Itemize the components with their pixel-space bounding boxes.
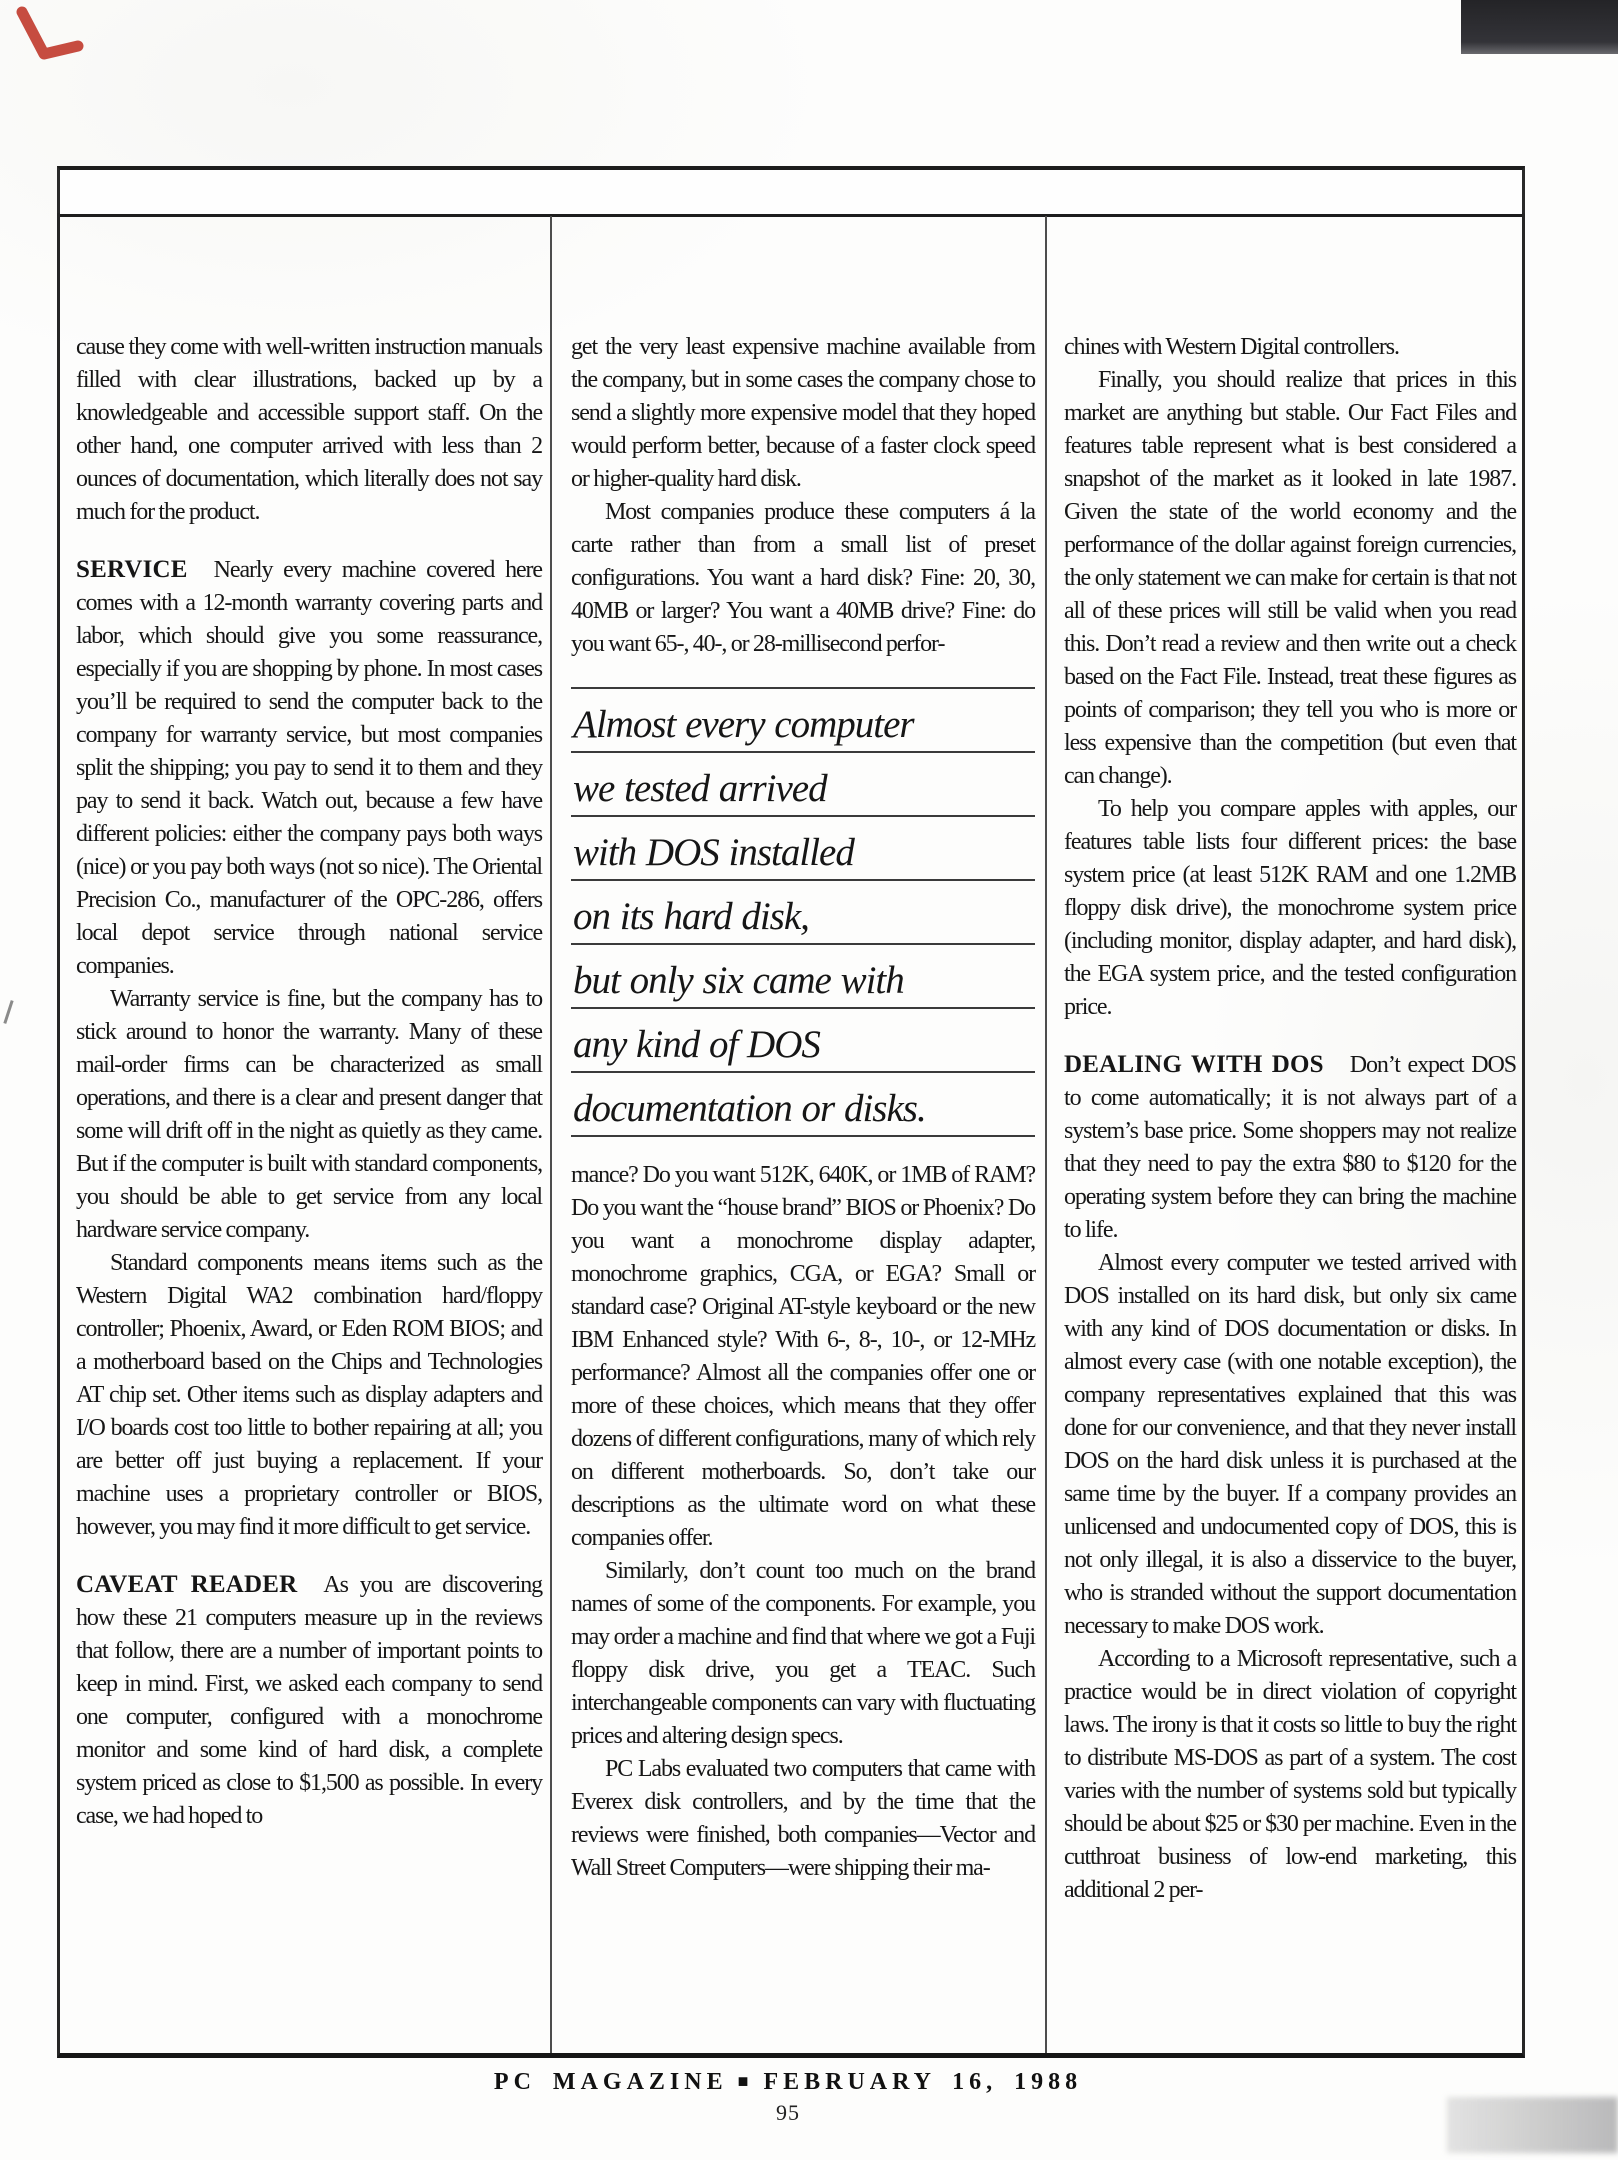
paragraph: mance? Do you want 512K, 640K, or 1MB of… xyxy=(571,1159,1035,1555)
scan-tick-mark xyxy=(3,1000,13,1024)
pull-quote-line: any kind of DOS xyxy=(571,1009,1035,1073)
paragraph: PC Labs evaluated two computers that cam… xyxy=(571,1753,1035,1885)
pull-quote: Almost every computerwe tested arrivedwi… xyxy=(571,687,1035,1137)
paragraph: Almost every computer we tested arrived … xyxy=(1064,1247,1516,1643)
paragraph: According to a Microsoft representative,… xyxy=(1064,1643,1516,1907)
paragraph: Finally, you should realize that prices … xyxy=(1064,364,1516,793)
section-paragraph: DEALING WITH DOSDon’t expect DOS to come… xyxy=(1064,1048,1516,1247)
pull-quote-line: with DOS installed xyxy=(571,817,1035,881)
scan-edge-bar xyxy=(1461,0,1618,54)
pull-quote-line: documentation or disks. xyxy=(571,1073,1035,1137)
column-divider-rule xyxy=(550,216,552,2053)
paragraph: Most companies produce these computers á… xyxy=(571,496,1035,661)
paragraph: Warranty service is fine, but the compan… xyxy=(76,983,542,1247)
paragraph: Standard components means items such as … xyxy=(76,1247,542,1544)
paragraph: To help you compare apples with apples, … xyxy=(1064,793,1516,1024)
footer-magazine-name: PC MAGAZINE xyxy=(494,2069,728,2095)
section-heading: DEALING WITH DOS xyxy=(1064,1051,1350,1078)
section-heading: CAVEAT READER xyxy=(76,1571,323,1598)
page-header-rule-band xyxy=(57,166,1525,217)
paragraph: Similarly, don’t count too much on the b… xyxy=(571,1555,1035,1753)
magazine-page-scan: { "columns": { "col1": [ { "type": "para… xyxy=(0,0,1618,2160)
pull-quote-line: we tested arrived xyxy=(571,753,1035,817)
pull-quote-line: on its hard disk, xyxy=(571,881,1035,945)
square-bullet-icon: ■ xyxy=(728,2071,764,2092)
section-paragraph: SERVICENearly every machine covered here… xyxy=(76,553,542,983)
column-divider-rule xyxy=(1045,216,1047,2053)
pull-quote-line: but only six came with xyxy=(571,945,1035,1009)
magazine-footer: PC MAGAZINE■FEBRUARY 16, 1988 xyxy=(57,2069,1519,2096)
article-column-2: get the very least expensive machine ava… xyxy=(571,331,1035,1885)
paragraph: chines with Western Digital controllers. xyxy=(1064,331,1516,364)
article-column-3: chines with Western Digital controllers.… xyxy=(1064,331,1516,1907)
section-paragraph: CAVEAT READERAs you are discovering how … xyxy=(76,1568,542,1833)
section-heading: SERVICE xyxy=(76,556,214,583)
pull-quote-line: Almost every computer xyxy=(571,689,1035,753)
paragraph: get the very least expensive machine ava… xyxy=(571,331,1035,496)
paragraph: cause they come with well-written instru… xyxy=(76,331,542,529)
footer-issue-date: FEBRUARY 16, 1988 xyxy=(763,2069,1082,2095)
article-column-1: cause they come with well-written instru… xyxy=(76,331,542,1833)
page-number: 95 xyxy=(57,2100,1519,2126)
red-pen-corner-mark xyxy=(14,6,92,68)
